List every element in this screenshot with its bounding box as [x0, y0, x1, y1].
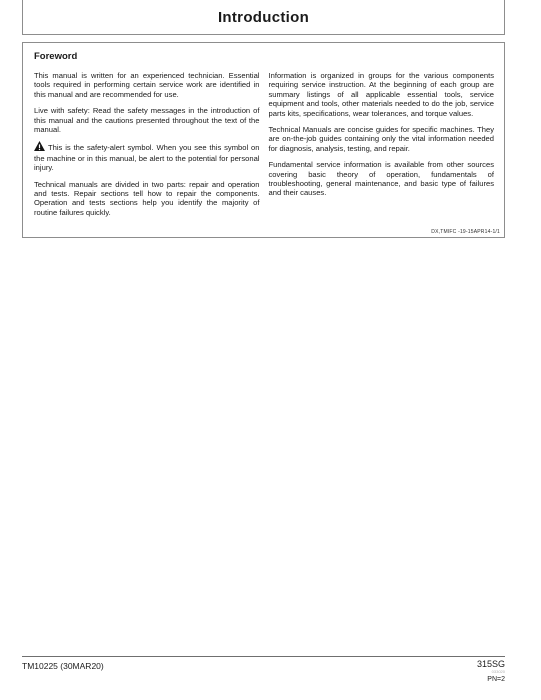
- foreword-right-column: Information is organized in groups for t…: [269, 71, 495, 224]
- paragraph: This is the safety-alert symbol. When yo…: [34, 141, 260, 172]
- paragraph-text: This is the safety-alert symbol. When yo…: [34, 143, 260, 172]
- foreword-columns: This manual is written for an experience…: [34, 71, 494, 224]
- foreword-heading: Foreword: [34, 51, 494, 62]
- foreword-content: Foreword This manual is written for an e…: [23, 43, 504, 237]
- paragraph: Information is organized in groups for t…: [269, 71, 495, 118]
- foreword-box: Foreword This manual is written for an e…: [22, 42, 505, 238]
- reference-code: DX,TMIFC -19-15APR14-1/1: [431, 229, 500, 235]
- footer-model-code: 315SG: [477, 659, 505, 669]
- footer-divider: [22, 656, 505, 657]
- page-title: Introduction: [218, 7, 309, 26]
- paragraph: Fundamental service information is avail…: [269, 160, 495, 198]
- footer-document-id: TM10225 (30MAR20): [22, 661, 104, 671]
- paragraph: Live with safety: Read the safety messag…: [34, 106, 260, 134]
- footer-small-code: 033020: [477, 669, 505, 674]
- footer-right-block: 315SG 033020 PN=2: [477, 659, 505, 684]
- footer-page-number: PN=2: [477, 676, 505, 684]
- paragraph: This manual is written for an experience…: [34, 71, 260, 99]
- foreword-left-column: This manual is written for an experience…: [34, 71, 260, 224]
- paragraph: Technical manuals are divided in two par…: [34, 180, 260, 218]
- title-box: Introduction: [22, 0, 505, 35]
- paragraph: Technical Manuals are concise guides for…: [269, 125, 495, 153]
- safety-alert-icon: [34, 141, 45, 153]
